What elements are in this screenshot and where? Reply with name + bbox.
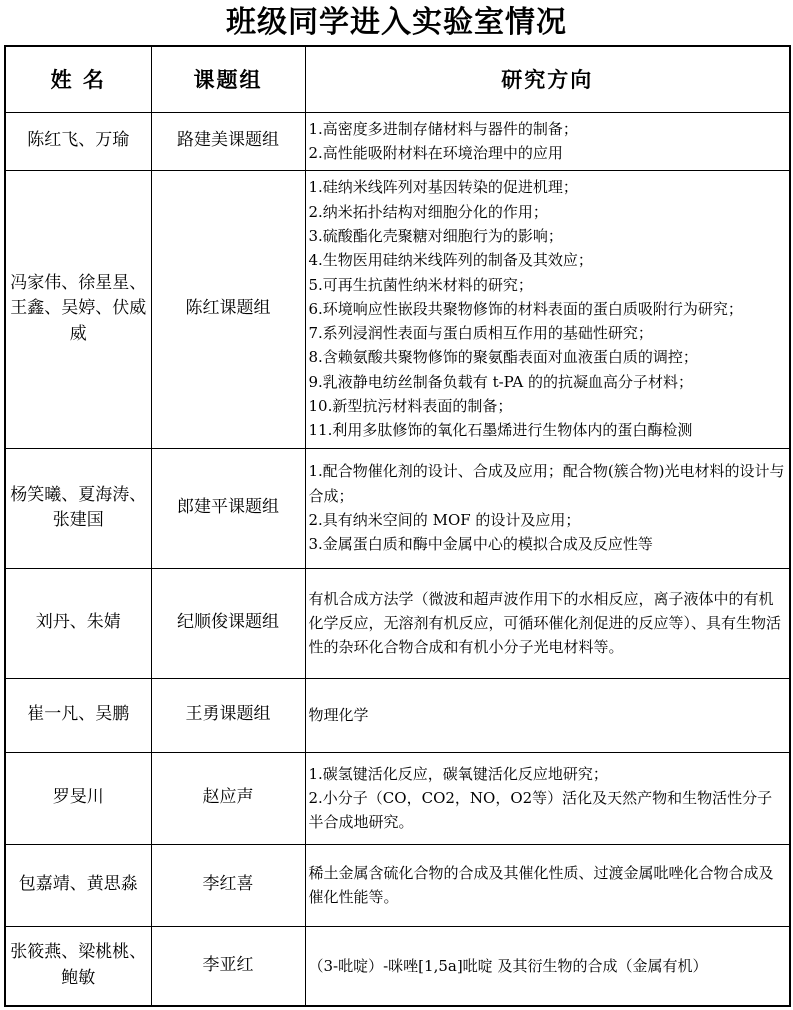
column-header-name: 姓 名 — [5, 46, 151, 112]
student-names: 冯家伟、徐星星、王鑫、吴婷、伏威威 — [5, 170, 151, 448]
research-group: 赵应声 — [151, 752, 305, 844]
research-direction: 稀土金属含硫化合物的合成及其催化性质、过渡金属吡唑化合物合成及催化性能等。 — [305, 844, 790, 926]
student-names: 罗旻川 — [5, 752, 151, 844]
research-direction: 1.硅纳米线阵列对基因转染的促进机理； 2.纳米拓扑结构对细胞分化的作用； 3.… — [305, 170, 790, 448]
student-names: 崔一凡、吴鹏 — [5, 678, 151, 752]
column-header-direction: 研究方向 — [305, 46, 790, 112]
document-page: 班级同学进入实验室情况 姓 名 课题组 研究方向 陈红飞、万瑜 路建美课题组 1… — [0, 0, 793, 1010]
column-header-group: 课题组 — [151, 46, 305, 112]
table-header-row: 姓 名 课题组 研究方向 — [5, 46, 790, 112]
table-row: 崔一凡、吴鹏 王勇课题组 物理化学 — [5, 678, 790, 752]
research-direction: 1.配合物催化剂的设计、合成及应用；配合物(簇合物)光电材料的设计与合成； 2.… — [305, 448, 790, 568]
research-group: 郎建平课题组 — [151, 448, 305, 568]
research-group: 陈红课题组 — [151, 170, 305, 448]
table-row: 冯家伟、徐星星、王鑫、吴婷、伏威威 陈红课题组 1.硅纳米线阵列对基因转染的促进… — [5, 170, 790, 448]
table-row: 刘丹、朱婧 纪顺俊课题组 有机合成方法学（微波和超声波作用下的水相反应，离子液体… — [5, 568, 790, 678]
research-direction: 有机合成方法学（微波和超声波作用下的水相反应，离子液体中的有机化学反应，无溶剂有… — [305, 568, 790, 678]
research-direction: （3-吡啶）-咪唑[1,5a]吡啶 及其衍生物的合成（金属有机） — [305, 926, 790, 1006]
research-direction: 物理化学 — [305, 678, 790, 752]
research-group: 路建美课题组 — [151, 112, 305, 170]
student-names: 张筱燕、梁桃桃、鲍敏 — [5, 926, 151, 1006]
research-direction: 1.高密度多进制存储材料与器件的制备； 2.高性能吸附材料在环境治理中的应用 — [305, 112, 790, 170]
student-names: 陈红飞、万瑜 — [5, 112, 151, 170]
research-group: 李亚红 — [151, 926, 305, 1006]
table-row: 张筱燕、梁桃桃、鲍敏 李亚红 （3-吡啶）-咪唑[1,5a]吡啶 及其衍生物的合… — [5, 926, 790, 1006]
student-names: 包嘉靖、黄思淼 — [5, 844, 151, 926]
student-names: 杨笑曦、夏海涛、张建国 — [5, 448, 151, 568]
research-group: 李红喜 — [151, 844, 305, 926]
page-title: 班级同学进入实验室情况 — [4, 2, 789, 44]
lab-access-table: 姓 名 课题组 研究方向 陈红飞、万瑜 路建美课题组 1.高密度多进制存储材料与… — [4, 45, 791, 1007]
student-names: 刘丹、朱婧 — [5, 568, 151, 678]
table-row: 陈红飞、万瑜 路建美课题组 1.高密度多进制存储材料与器件的制备； 2.高性能吸… — [5, 112, 790, 170]
research-group: 王勇课题组 — [151, 678, 305, 752]
table-row: 杨笑曦、夏海涛、张建国 郎建平课题组 1.配合物催化剂的设计、合成及应用；配合物… — [5, 448, 790, 568]
research-group: 纪顺俊课题组 — [151, 568, 305, 678]
table-row: 罗旻川 赵应声 1.碳氢键活化反应，碳氧键活化反应地研究； 2.小分子（CO，C… — [5, 752, 790, 844]
table-row: 包嘉靖、黄思淼 李红喜 稀土金属含硫化合物的合成及其催化性质、过渡金属吡唑化合物… — [5, 844, 790, 926]
research-direction: 1.碳氢键活化反应，碳氧键活化反应地研究； 2.小分子（CO，CO2，NO，O2… — [305, 752, 790, 844]
